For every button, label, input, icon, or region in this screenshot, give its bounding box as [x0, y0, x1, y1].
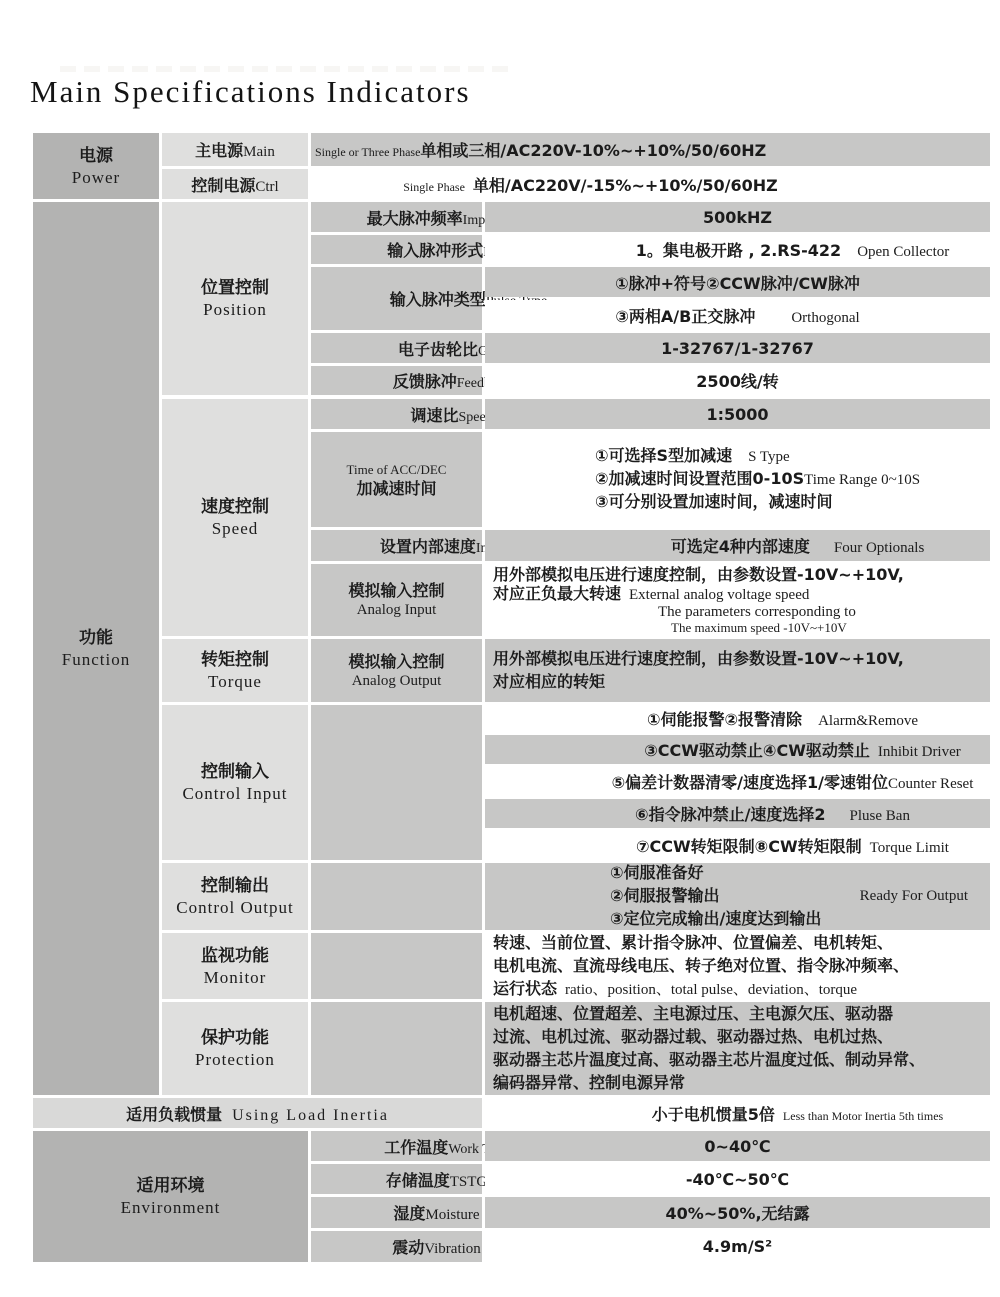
label-cell-gear-ratio: 电子齿轮比Gear Ratio [311, 333, 482, 363]
label-cell-pulse-mode: 输入脉冲形式Pulse Mode [311, 235, 482, 264]
group-function-zh: 功能 [79, 627, 113, 649]
value-cell-accdec-time: ①可选择S型加减速S Type ②加减速时间设置范围0-10STime Rang… [485, 432, 990, 527]
value-cell-impulse-frequency: 500kHZ [485, 202, 990, 232]
value-cell-pulse-mode: 1。集电极开路 , 2.RS-422Open Collector [485, 235, 990, 264]
value-cell-protection: 电机超速、位置超差、主电源过压、主电源欠压、驱动器 过流、电机过流、驱动器过载、… [485, 1002, 990, 1095]
control-output-en-note: Ready For Output [860, 888, 968, 905]
group-cell-control-output: 控制输出 Control Output [162, 863, 308, 930]
label-cell-storage-temperature: 存储温度TSTG [311, 1164, 482, 1194]
label-cell-work-temperature: 工作温度Work Temperature [311, 1131, 482, 1161]
value-cell-control-output: ①伺服准备好 ②伺服报警输出 ③定位完成输出/速度达到输出 Ready For … [485, 863, 990, 930]
label-cell-feedback-pulse: 反馈脉冲Feedback Pulse [311, 366, 482, 395]
value-cell-work-temperature: 0~40℃ [485, 1131, 990, 1161]
label-cell-internal-speed: 设置内部速度Internal Speed [311, 530, 482, 561]
group-cell-speed: 速度控制 Speed [162, 399, 308, 636]
label-cell-pulse-type: 输入脉冲类型Pulse Type [311, 267, 482, 330]
value-cell-internal-speed: 可选定4种内部速度Four Optionals [485, 530, 990, 561]
value-cell-control-input-1: ①伺能报警②报警清除Alarm&Remove [485, 705, 990, 732]
value-cell-monitor: 转速、当前位置、累计指令脉冲、位置偏差、电机转矩、 电机电流、直流母线电压、转子… [485, 933, 990, 999]
group-power-en: Power [72, 167, 120, 188]
group-cell-protection: 保护功能 Protection [162, 1002, 308, 1095]
group-cell-torque: 转矩控制 Torque [162, 639, 308, 702]
ghost-text-artifact [60, 66, 510, 72]
label-cell-vibration: 震动Vibration [311, 1231, 482, 1262]
value-cell-pulse-type-2: ③两相A/B正交脉冲Orthogonal [485, 300, 990, 330]
value-cell-control-input-3: ⑤偏差计数器清零/速度选择1/零速钳位Counter Reset [485, 767, 990, 796]
label-cell-analog-input: 模拟输入控制 Analog Input [311, 564, 482, 636]
spacer-cell-control-input [311, 705, 482, 860]
value-cell-control-input-4: ⑥指令脉冲禁止/速度选择2Pluse Ban [485, 799, 990, 828]
label-cell-impulse-frequency: 最大脉冲频率Impulse Frequency [311, 202, 482, 232]
group-cell-position: 位置控制 Position [162, 202, 308, 395]
group-power-zh: 电源 [79, 145, 113, 167]
value-cell-speed-ratio: 1:5000 [485, 399, 990, 429]
value-cell-main-power: Single or Three Phase单相或三相/AC220V-10%~+1… [311, 133, 990, 166]
label-cell-speed-ratio: 调速比Speed Ratio [311, 399, 482, 429]
label-cell-main-power: 主电源Main [162, 133, 308, 166]
spacer-cell-monitor [311, 933, 482, 999]
value-cell-control-input-2: ③CCW驱动禁止④CW驱动禁止Inhibit Driver [485, 735, 990, 764]
value-cell-gear-ratio: 1-32767/1-32767 [485, 333, 990, 363]
value-cell-vibration: 4.9m/S² [485, 1231, 990, 1262]
value-cell-ctrl-power: Single Phase单相/AC220V/-15%~+10%/50/60HZ [311, 169, 990, 199]
group-cell-function: 功能 Function [33, 202, 159, 1095]
value-cell-analog-output: 用外部模拟电压进行速度控制，由参数设置-10V~+10V, 对应相应的转矩 [485, 639, 990, 702]
spacer-cell-protection [311, 1002, 482, 1095]
group-function-en: Function [62, 649, 130, 670]
group-cell-control-input: 控制输入 Control Input [162, 705, 308, 860]
spacer-cell-control-output [311, 863, 482, 930]
label-cell-analog-output: 模拟输入控制 Analog Output [311, 639, 482, 702]
label-cell-moisture: 湿度Moisture [311, 1197, 482, 1228]
label-cell-load-inertia: 适用负载惯量Using Load Inertia [33, 1098, 482, 1128]
value-cell-pulse-type-1: ①脉冲+符号②CCW脉冲/CW脉冲 [485, 267, 990, 297]
value-cell-moisture: 40%~50%,无结露 [485, 1197, 990, 1228]
value-cell-control-input-5: ⑦CCW转矩限制⑧CW转矩限制Torque Limit [485, 831, 990, 860]
group-cell-environment: 适用环境 Environment [33, 1131, 308, 1262]
label-cell-accdec-time: Time of ACC/DEC 加减速时间 [311, 432, 482, 527]
group-cell-monitor: 监视功能 Monitor [162, 933, 308, 999]
value-cell-storage-temperature: -40℃~50℃ [485, 1164, 990, 1194]
label-cell-ctrl-power: 控制电源Ctrl [162, 169, 308, 199]
value-cell-feedback-pulse: 2500线/转 [485, 366, 990, 395]
value-cell-load-inertia: 小于电机惯量5倍Less than Motor Inertia 5th time… [485, 1098, 990, 1128]
value-cell-analog-input: 用外部模拟电压进行速度控制，由参数设置-10V~+10V, 对应正负最大转速Ex… [485, 564, 990, 636]
group-cell-power: 电源 Power [33, 133, 159, 199]
spec-sheet: Main Specifications Indicators 电源 Power … [0, 0, 1000, 1297]
page-title: Main Specifications Indicators [30, 74, 471, 110]
